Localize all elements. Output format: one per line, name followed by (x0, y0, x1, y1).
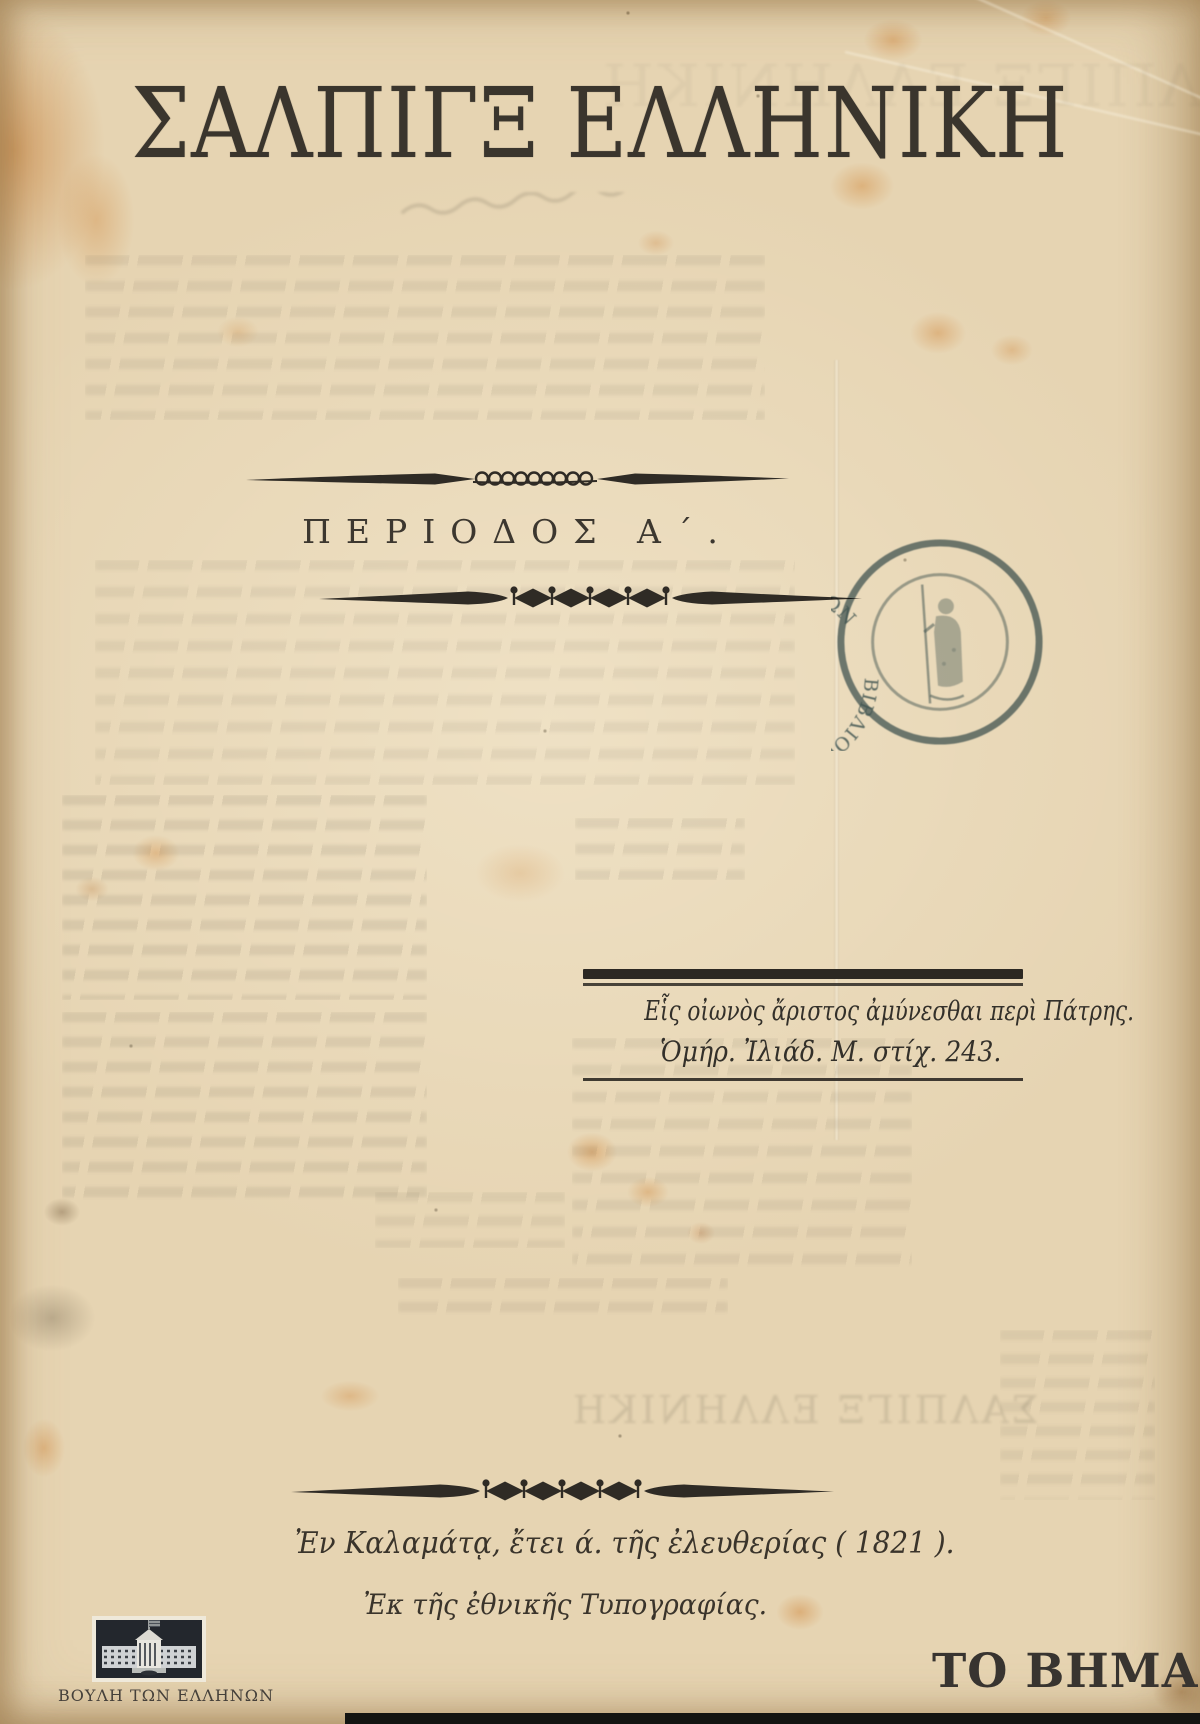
motto-attribution: Ὁμήρ. Ἰλιάδ. Μ. στίχ. 243. (639, 1035, 1023, 1068)
thin-rule (583, 983, 1023, 986)
coil-rule-divider (245, 466, 790, 492)
faded-garland-ornament-icon (398, 192, 768, 222)
diamond-chain-divider (318, 583, 863, 613)
paper-edge-shading (0, 0, 1200, 1724)
athena-figure-icon (922, 585, 964, 704)
showthrough-text-block (575, 818, 745, 880)
imprint-press-text: Ἐκ τῆς ἐθνικῆς Τυπογραφίας. (363, 1588, 766, 1621)
showthrough-title-mirrored: ΣΑΛΠΙΓΞ ΕΛΛΗΝΙΚΗ (570, 1388, 1039, 1432)
showthrough-text-block (375, 1192, 565, 1248)
diamond-chain-divider (290, 1476, 835, 1506)
publisher-mark: ΤΟ ΒΗΜΑ (932, 1644, 1198, 1699)
imprint-place-year-text: Ἐν Καλαμάτᾳ, ἔτει ά. τῆς ἐλευθερίας ( 18… (295, 1526, 955, 1561)
masthead: ΣΑΛΠΙΓΞ ΕΛΛΗΝΙΚΗ (0, 78, 1200, 174)
scanned-newspaper-front-page: ΣΑΛΠΙΓΞ ΕΛΛΗΝΙΚΗ ΣΑΛΠΙΓΞ ΕΛΛΗΝΙΚΗ ΣΑΛΠΙΓ… (0, 0, 1200, 1724)
motto-attribution-text: Ὁμήρ. Ἰλιάδ. Μ. στίχ. 243. (660, 1035, 1001, 1068)
thick-rule (583, 969, 1023, 979)
motto-block: Εἷς οἰωνὸς ἄριστος ἀμύνεσθαι περὶ Πάτρης… (583, 969, 1023, 1081)
showthrough-text-block (85, 255, 765, 420)
paper-stain-texture (0, 0, 1200, 1724)
motto-quote: Εἷς οἰωνὸς ἄριστος ἀμύνεσθαι περὶ Πάτρης… (583, 996, 1023, 1027)
showthrough-text-block (62, 1012, 427, 1207)
imprint-press: Ἐκ τῆς ἐθνικῆς Τυπογραφίας. (275, 1588, 855, 1621)
showthrough-text-block (1000, 1330, 1155, 1500)
showthrough-text-block (398, 1278, 728, 1322)
stamp-text: ΒΙΒΛΙΟΘΗΚΗ ΤΗΣ ΒΟΥΛΗΣ ΤΩΝ ΕΛΛΗΝΩΝ (831, 578, 881, 751)
showthrough-text-block (62, 795, 427, 1000)
scan-edge-strip (345, 1713, 1200, 1724)
svg-text:ΒΙΒΛΙΟΘΗΚΗ ΤΗΣ ΒΟΥΛΗΣ ΤΩΝ ΕΛΛΗ: ΒΙΒΛΙΟΘΗΚΗ ΤΗΣ ΒΟΥΛΗΣ ΤΩΝ ΕΛΛΗΝΩΝ (831, 578, 881, 751)
motto-quote-text: Εἷς οἰωνὸς ἄριστος ἀμύνεσθαι περὶ Πάτρης… (644, 996, 1134, 1027)
thin-rule (583, 1078, 1023, 1081)
parliament-logo-caption: ΒΟΥΛΗ ΤΩΝ ΕΛΛΗΝΩΝ (58, 1686, 248, 1705)
period-label: ΠΕΡΙΟΔΟΣ Α΄. (245, 512, 790, 551)
imprint-place-year: Ἐν Καλαμάτᾳ, ἔτει ά. τῆς ἐλευθερίας ( 18… (270, 1526, 850, 1561)
library-stamp: ΒΙΒΛΙΟΘΗΚΗ ΤΗΣ ΒΟΥΛΗΣ ΤΩΝ ΕΛΛΗΝΩΝ (831, 533, 1049, 751)
page-title: ΣΑΛΠΙΓΞ ΕΛΛΗΝΙΚΗ (131, 78, 1068, 170)
greek-flag-icon (149, 1620, 160, 1627)
parliament-building-icon (92, 1616, 206, 1682)
